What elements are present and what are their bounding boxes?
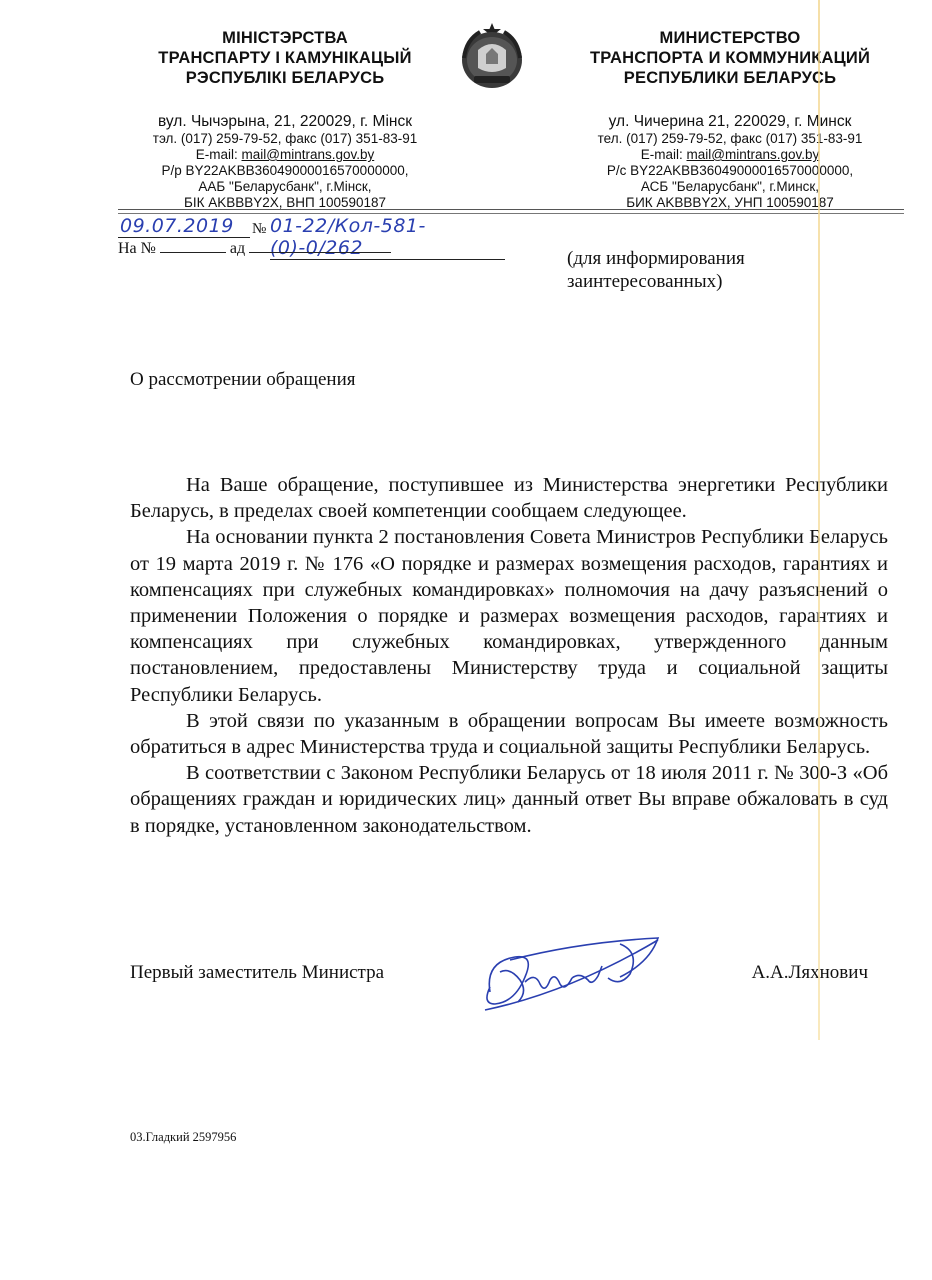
addressee: (для информирования заинтересованных) — [567, 247, 745, 293]
street-address: ул. Чичерина 21, 220029, г. Минск — [565, 112, 895, 131]
letter-body: На Ваше обращение, поступившее из Минист… — [130, 472, 888, 839]
header-belarusian: МІНІСТЭРСТВА ТРАНСПАРТУ І КАМУНІКАЦЫЙ РЭ… — [110, 28, 460, 211]
reference-from-label: ад — [230, 240, 245, 257]
bank-name: ААБ "Беларусбанк", г.Мінск, — [110, 179, 460, 195]
bank-account: Р/р BY22AKBB36049000016570000000, — [110, 163, 460, 179]
addressee-line: (для информирования — [567, 247, 745, 270]
org-title-line: ТРАНСПАРТУ І КАМУНІКАЦЫЙ — [110, 48, 460, 68]
email-line: E-mail: mail@mintrans.gov.by — [565, 147, 895, 163]
signatory-position: Первый заместитель Министра — [130, 962, 384, 984]
registration-date: 09.07.2019 — [118, 215, 250, 238]
org-title-line: ТРАНСПОРТА И КОММУНИКАЦИЙ — [565, 48, 895, 68]
reference-label: На № — [118, 240, 156, 257]
email-link[interactable]: mail@mintrans.gov.by — [687, 147, 820, 162]
body-paragraph: В этой связи по указанным в обращении во… — [130, 708, 888, 760]
org-title-line: РЭСПУБЛІКІ БЕЛАРУСЬ — [110, 68, 460, 88]
reference-number-blank — [160, 238, 226, 253]
org-title-ru: МИНИСТЕРСТВО ТРАНСПОРТА И КОММУНИКАЦИЙ Р… — [565, 28, 895, 88]
reference-line: На № ад — [118, 238, 391, 258]
email-label: E-mail: — [641, 147, 687, 162]
email-link[interactable]: mail@mintrans.gov.by — [242, 147, 375, 162]
registration-number-label: № — [252, 221, 266, 238]
email-label: E-mail: — [196, 147, 242, 162]
org-address-be: вул. Чычэрына, 21, 220029, г. Мінск тэл.… — [110, 112, 460, 211]
org-address-ru: ул. Чичерина 21, 220029, г. Минск тел. (… — [565, 112, 895, 211]
addressee-line: заинтересованных) — [567, 270, 745, 293]
phone-fax: тэл. (017) 259-79-52, факс (017) 351-83-… — [110, 131, 460, 147]
org-title-line: МИНИСТЕРСТВО — [565, 28, 895, 48]
email-line: E-mail: mail@mintrans.gov.by — [110, 147, 460, 163]
org-title-be: МІНІСТЭРСТВА ТРАНСПАРТУ І КАМУНІКАЦЫЙ РЭ… — [110, 28, 460, 88]
header-divider-top — [118, 209, 904, 210]
reference-date-blank — [249, 238, 391, 253]
bank-name: АСБ "Беларусбанк", г.Минск, — [565, 179, 895, 195]
scan-artifact-line — [818, 0, 820, 1040]
body-paragraph: На основании пункта 2 постановления Сове… — [130, 524, 888, 707]
handwritten-signature-icon — [480, 932, 670, 1020]
header-russian: МИНИСТЕРСТВО ТРАНСПОРТА И КОММУНИКАЦИЙ Р… — [565, 28, 895, 211]
phone-fax: тел. (017) 259-79-52, факс (017) 351-83-… — [565, 131, 895, 147]
bank-account: Р/с BY22AKBB36049000016570000000, — [565, 163, 895, 179]
signatory-name: А.А.Ляхнович — [752, 962, 868, 984]
street-address: вул. Чычэрына, 21, 220029, г. Мінск — [110, 112, 460, 131]
org-title-line: МІНІСТЭРСТВА — [110, 28, 460, 48]
body-paragraph: В соответствии с Законом Республики Бела… — [130, 760, 888, 839]
executor-note: 03.Гладкий 2597956 — [130, 1130, 236, 1145]
state-emblem-icon — [456, 20, 528, 92]
letter-subject: О рассмотрении обращения — [130, 369, 356, 391]
signature-block: Первый заместитель Министра А.А.Ляхнович — [130, 958, 870, 1038]
body-paragraph: На Ваше обращение, поступившее из Минист… — [130, 472, 888, 524]
org-title-line: РЕСПУБЛИКИ БЕЛАРУСЬ — [565, 68, 895, 88]
